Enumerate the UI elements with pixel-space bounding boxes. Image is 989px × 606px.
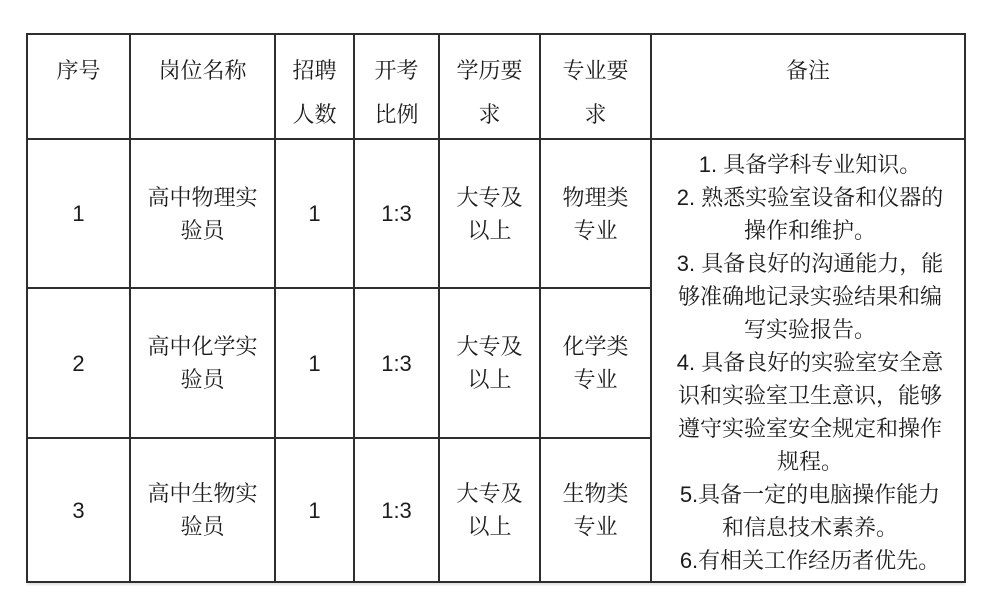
cell-exam-ratio: 1:3 <box>354 438 439 582</box>
cell-position-name: 高中生物实 验员 <box>130 438 275 582</box>
cell-major-requirement: 化学类 专业 <box>540 288 651 438</box>
page: 序号 岗位名称 招聘 人数 开考 比例 学历要 求 专业要 求 备注 1 高中物… <box>0 0 989 606</box>
recruitment-table: 序号 岗位名称 招聘 人数 开考 比例 学历要 求 专业要 求 备注 1 高中物… <box>26 33 966 583</box>
cell-position-name: 高中化学实 验员 <box>130 288 275 438</box>
cell-major-requirement: 物理类 专业 <box>540 139 651 288</box>
header-cell-no: 序号 <box>27 34 130 139</box>
cell-headcount: 1 <box>275 288 354 438</box>
table-row: 1 高中物理实 验员 1 1:3 大专及 以上 物理类 专业 1. 具备学科专业… <box>27 139 965 288</box>
header-cell-remarks: 备注 <box>651 34 965 139</box>
cell-education-requirement: 大专及 以上 <box>439 139 540 288</box>
header-row: 序号 岗位名称 招聘 人数 开考 比例 学历要 求 专业要 求 备注 <box>27 34 965 139</box>
cell-no: 2 <box>27 288 130 438</box>
header-cell-ratio: 开考 比例 <box>354 34 439 139</box>
cell-exam-ratio: 1:3 <box>354 288 439 438</box>
cell-education-requirement: 大专及 以上 <box>439 288 540 438</box>
cell-no: 3 <box>27 438 130 582</box>
cell-remarks: 1. 具备学科专业知识。 2. 熟悉实验室设备和仪器的 操作和维护。 3. 具备… <box>651 139 965 582</box>
cell-headcount: 1 <box>275 139 354 288</box>
cell-exam-ratio: 1:3 <box>354 139 439 288</box>
header-cell-headcount: 招聘 人数 <box>275 34 354 139</box>
header-cell-position: 岗位名称 <box>130 34 275 139</box>
cell-major-requirement: 生物类 专业 <box>540 438 651 582</box>
cell-no: 1 <box>27 139 130 288</box>
header-cell-education: 学历要 求 <box>439 34 540 139</box>
cell-position-name: 高中物理实 验员 <box>130 139 275 288</box>
cell-education-requirement: 大专及 以上 <box>439 438 540 582</box>
header-cell-major: 专业要 求 <box>540 34 651 139</box>
cell-headcount: 1 <box>275 438 354 582</box>
